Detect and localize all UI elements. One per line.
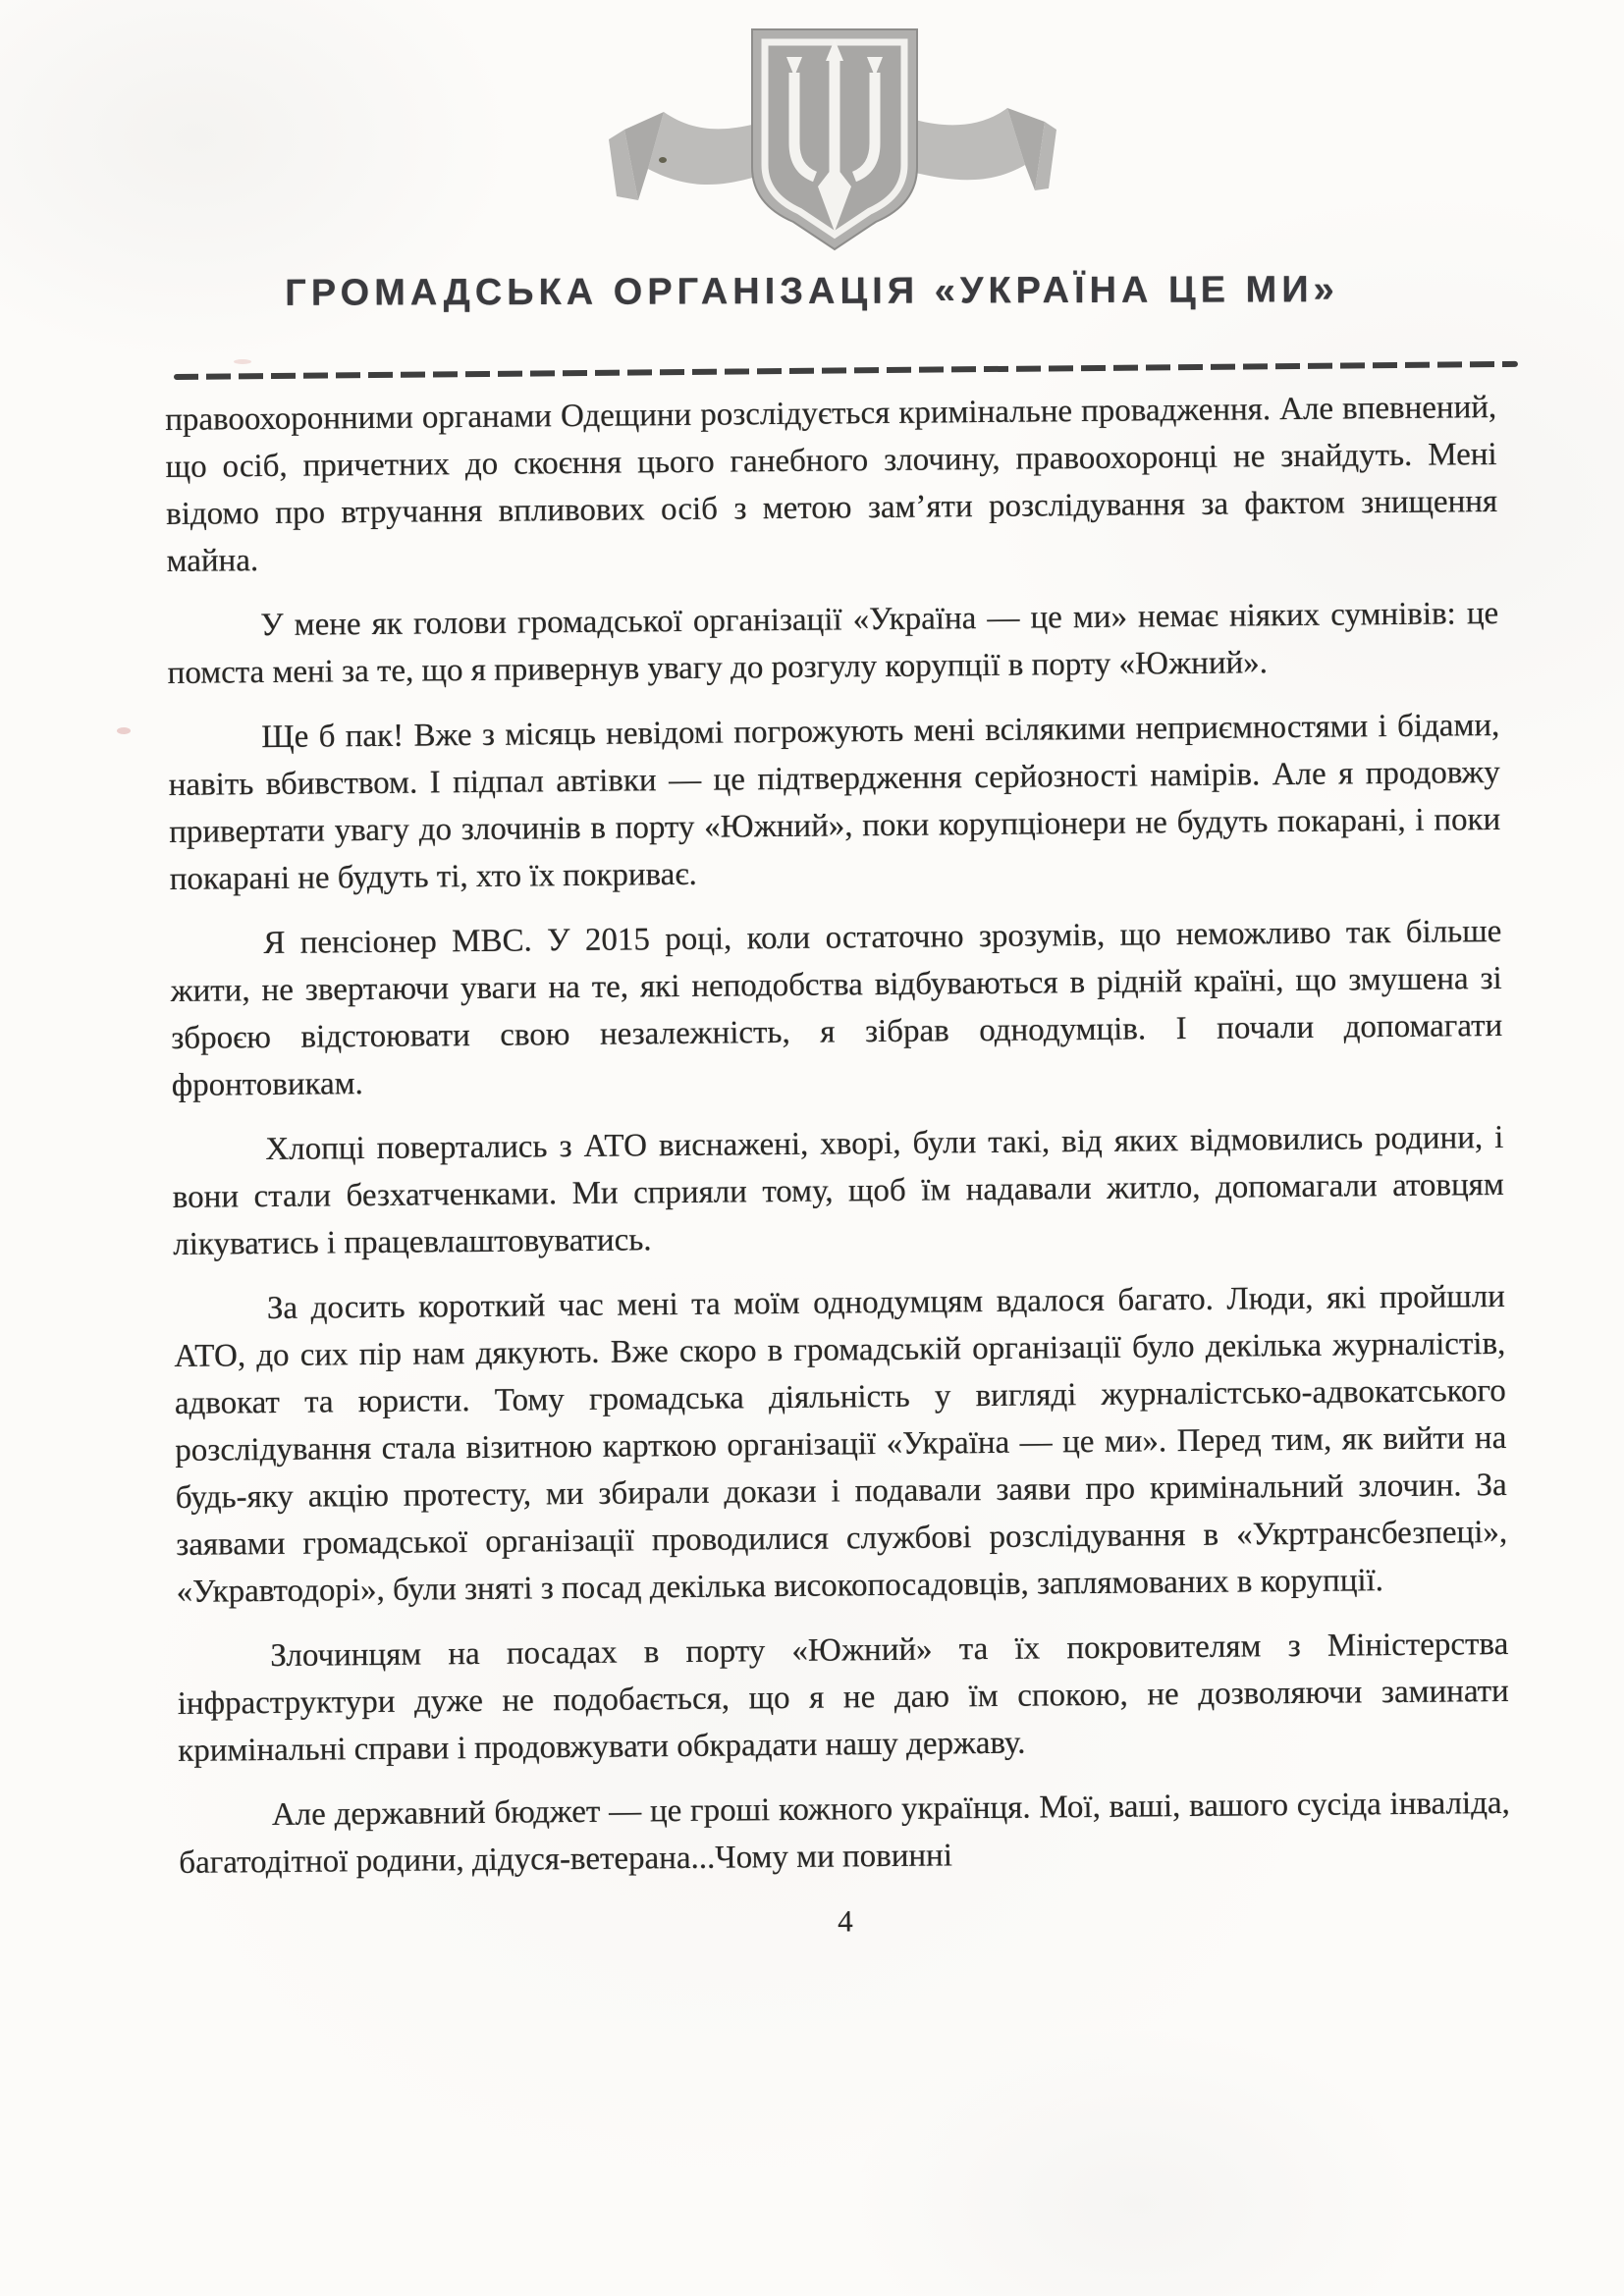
dashed-separator	[174, 361, 1518, 380]
page-number: 4	[180, 1892, 1511, 1951]
ukraine-trident-coat-of-arms-icon	[597, 22, 1062, 259]
document-paragraph: правоохоронними органами Одещини розслід…	[165, 384, 1498, 585]
document-paragraph: Але державний бюджет — це гроші кожного …	[179, 1780, 1511, 1887]
document-paragraph: Злочинцям на посадах в порту «Южний» та …	[177, 1621, 1509, 1775]
document-paragraph: Я пенсіонер МВС. У 2015 році, коли остат…	[170, 908, 1503, 1109]
document-paragraph: За досить короткий час мені та моїм одно…	[174, 1273, 1508, 1616]
scan-speck	[659, 157, 667, 163]
scan-speck	[117, 727, 131, 734]
document-paragraph: Хлопці повертались з АТО виснажені, хвор…	[172, 1114, 1504, 1268]
organization-title: ГРОМАДСЬКА ОРГАНІЗАЦІЯ «УКРАЇНА ЦЕ МИ»	[0, 268, 1624, 316]
document-body: правоохоронними органами Одещини розслід…	[165, 384, 1511, 1951]
document-paragraph: Ще б пак! Вже з місяць невідомі погрожую…	[168, 702, 1501, 903]
scan-speck	[234, 359, 251, 364]
document-paragraph: У мене як голови громадської організації…	[167, 590, 1499, 697]
ukraine-trident-emblem	[597, 22, 1062, 259]
scanned-document-page: ГРОМАДСЬКА ОРГАНІЗАЦІЯ «УКРАЇНА ЦЕ МИ» п…	[0, 0, 1624, 2296]
